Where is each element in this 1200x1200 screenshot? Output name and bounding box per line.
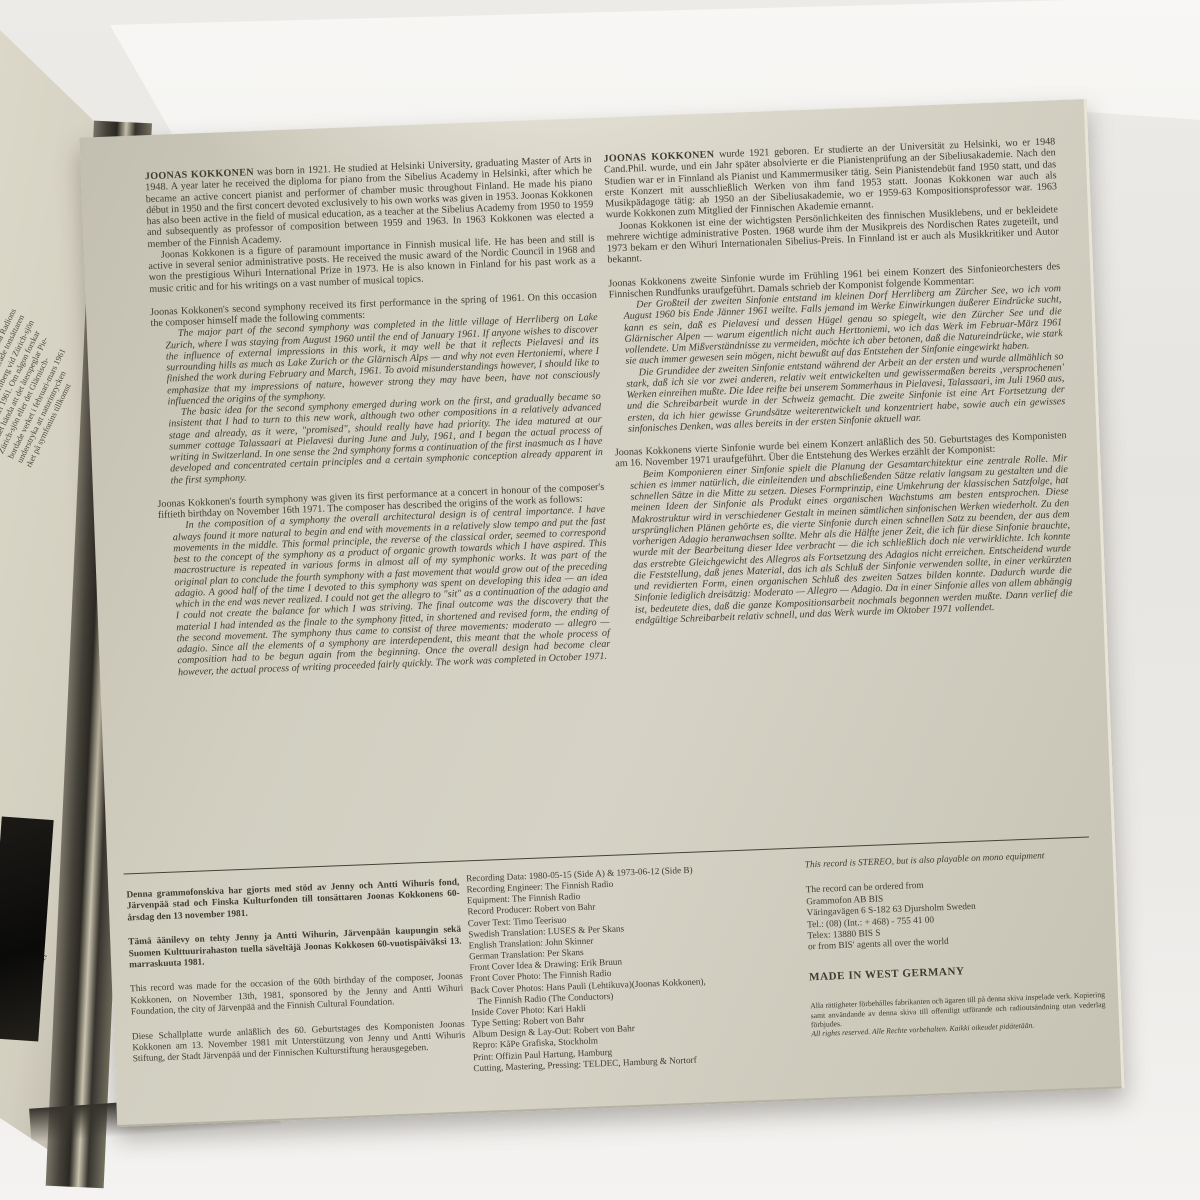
ordering-info-column: This record is STEREO, but is also playa…: [805, 849, 1107, 1039]
photo-of-lp-gatefold: { "colors":{"page_bg":"#d2cfc1","ink":"#…: [0, 0, 1200, 1200]
production-credits-column: Recording Data: 1980-05-15 (Side A) & 19…: [466, 861, 805, 1074]
sponsor-note-german: Diese Schallplatte wurde anläßlich des 6…: [132, 1019, 466, 1066]
rights-notice: Alla rättigheter förbehålles fabrikanten…: [810, 990, 1106, 1039]
sponsor-notes-column: Denna grammofonskiva har gjorts med stöd…: [126, 878, 466, 1080]
german-column: JOONAS KOKKONEN wurde 1921 geboren. Er s…: [603, 136, 1073, 627]
stereo-note: This record is STEREO, but is also playa…: [805, 849, 1100, 872]
left-page-photo-corner: [0, 816, 54, 1041]
german-quote-fourth-symphony: Beim Komponieren einer Sinfonie spielt d…: [630, 453, 1074, 627]
english-column: JOONAS KOKKONEN was born in 1921. He stu…: [145, 154, 611, 679]
sponsor-note-swedish: Denna grammofonskiva har gjorts med stöd…: [126, 878, 460, 925]
liner-notes-page: JOONAS KOKKONEN was born in 1921. He stu…: [79, 99, 1124, 1127]
sponsor-note-finnish: Tämä äänilevy on tehty Jenny ja Antti Wi…: [128, 925, 462, 972]
ordering-address: The record can be ordered fromGrammofon …: [806, 874, 1103, 954]
english-quote-fourth-symphony: In the composition of a symphony the ove…: [172, 504, 611, 678]
sponsor-note-english: This record was made for the occasion of…: [130, 972, 464, 1019]
made-in-west-germany: MADE IN WEST GERMANY: [809, 961, 1104, 984]
english-quote-second-symphony-2: The basic idea for the second symphony e…: [168, 391, 604, 486]
